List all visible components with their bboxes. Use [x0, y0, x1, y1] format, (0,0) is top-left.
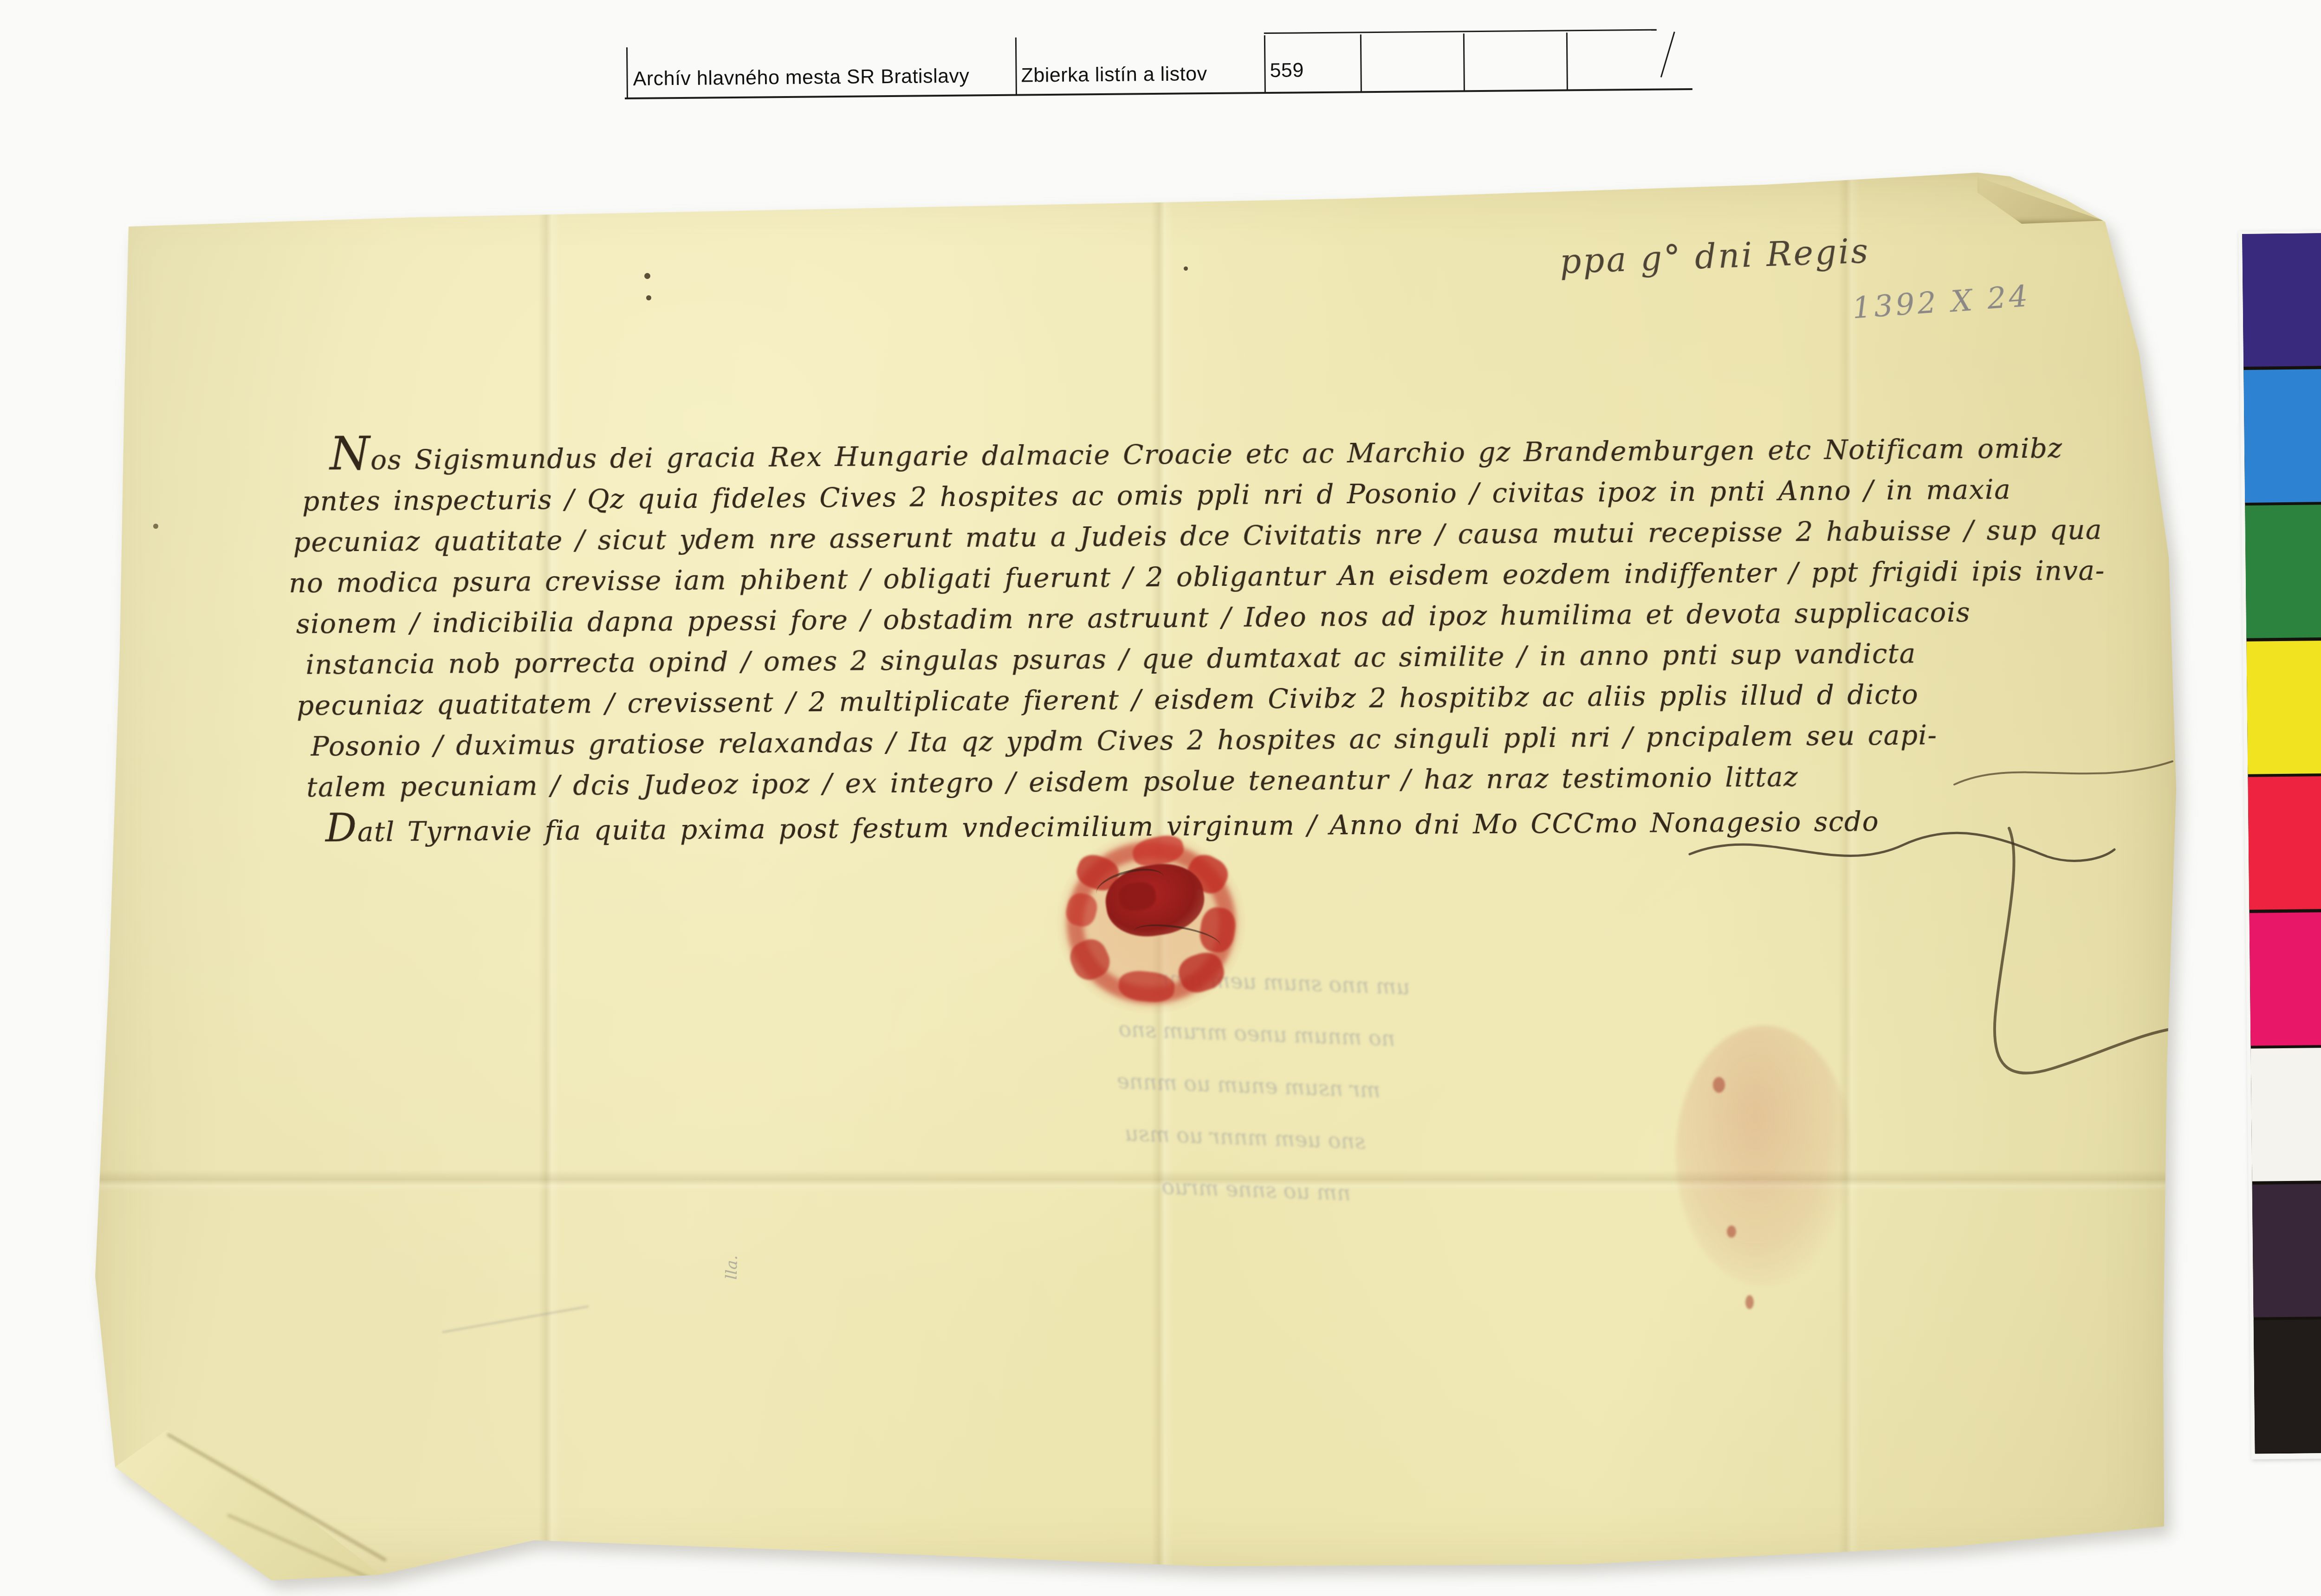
collection-name: Zbierka listín a listov: [1021, 63, 1207, 87]
label-top-rule: [1264, 29, 1657, 34]
kodak-color-control-strip: Kodak Color Control Patches © Kodak, 200…: [2238, 227, 2321, 1460]
charter-text-block: Nos Sigismundus dei gracia Rex Hungarie …: [288, 422, 1980, 853]
parchment-sheet: Nos Sigismundus dei gracia Rex Hungarie …: [74, 167, 2184, 1585]
crease: [538, 167, 561, 1585]
stain-speck: [1745, 1295, 1754, 1309]
patch-white: [2250, 1046, 2321, 1181]
label-divider: [1463, 33, 1465, 91]
kodak-strip-inner: Kodak Color Control Patches © Kodak, 200…: [2242, 230, 2321, 1454]
label-pen-mark: [1660, 32, 1675, 78]
label-divider: [1015, 38, 1017, 95]
corner-fold: [102, 1402, 404, 1588]
patch-green-saturated: [2245, 505, 2321, 638]
label-bottom-rule: [625, 88, 1692, 99]
patch-magenta-saturated: [2249, 912, 2321, 1045]
pen-swash: [1950, 743, 2182, 798]
scan-canvas: Archív hlavného mesta SR Bratislavy Zbie…: [0, 0, 2321, 1596]
label-divider: [1264, 35, 1266, 93]
dog-ear-corner: [1977, 172, 2107, 224]
ink-dot: [646, 295, 651, 300]
label-divider: [626, 47, 628, 98]
stain-speck: [1713, 1077, 1725, 1093]
ink-dot: [1184, 266, 1188, 271]
document-number: 559: [1270, 59, 1304, 82]
wax-seal: [1063, 838, 1239, 1007]
archival-date-annotation: 1392 X 24: [1851, 279, 2032, 326]
patch-cyan-saturated: [2243, 369, 2321, 502]
red-stain: [1676, 1026, 1852, 1286]
pencil-scribble: [442, 1305, 589, 1333]
patch-red-saturated: [2248, 776, 2321, 910]
patch-yellow-saturated: [2246, 640, 2321, 774]
pencil-mark: lla.: [722, 1255, 742, 1280]
parchment-hole: [153, 524, 158, 529]
label-divider: [1566, 32, 1568, 90]
archive-label: Archív hlavného mesta SR Bratislavy Zbie…: [626, 29, 1690, 99]
label-divider: [1360, 34, 1362, 92]
patch-black-saturated: [2254, 1319, 2321, 1453]
pen-flourish-tail: [1885, 798, 2219, 1133]
archive-name: Archív hlavného mesta SR Bratislavy: [633, 65, 969, 91]
parchment-document: Nos Sigismundus dei gracia Rex Hungarie …: [74, 167, 2184, 1585]
patch-blue-saturated: [2242, 233, 2321, 367]
stain-speck: [1727, 1226, 1736, 1238]
chancellery-note: ppa g° dni Regis: [1559, 231, 1871, 281]
ink-dot: [644, 273, 650, 279]
patch-3/color-saturated: [2252, 1183, 2321, 1317]
kodak-patch-grid: [2242, 232, 2321, 1454]
